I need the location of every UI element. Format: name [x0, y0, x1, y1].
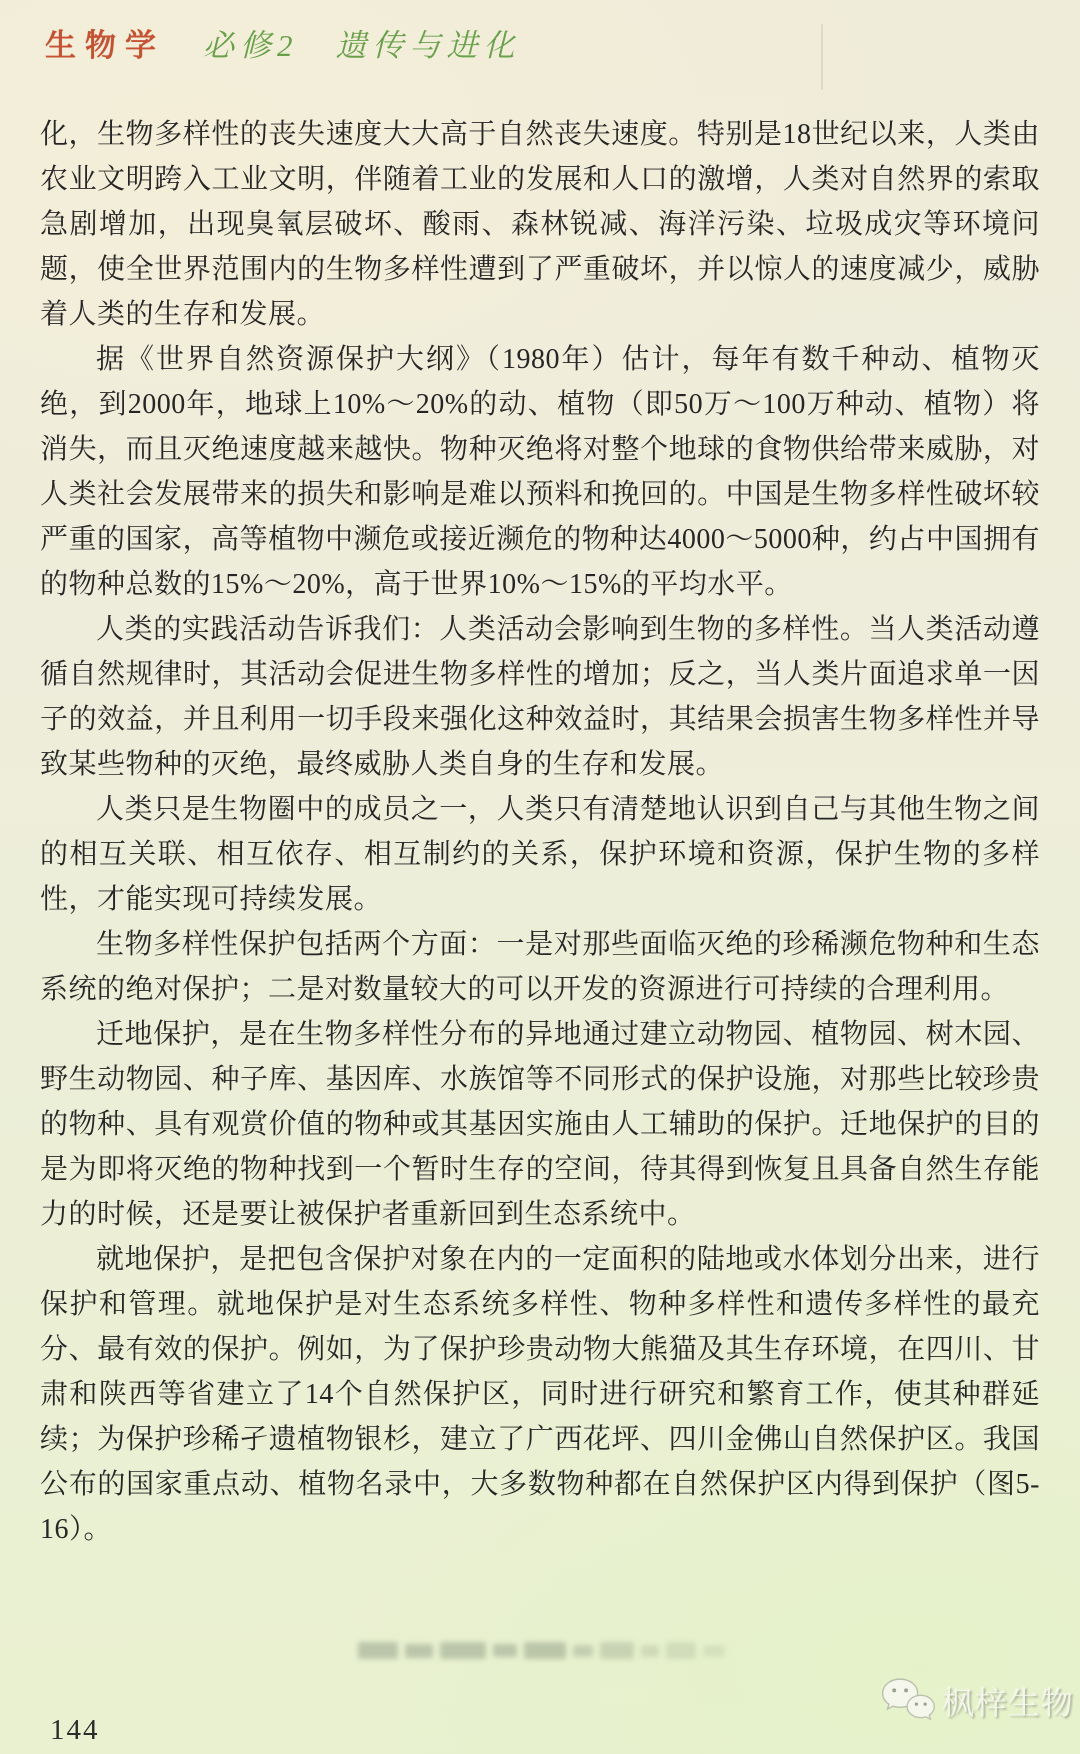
watermark-label: 枫梓生物 [942, 1678, 1074, 1724]
paragraph: 迁地保护，是在生物多样性分布的异地通过建立动物园、植物园、树木园、野生动物园、种… [40, 1012, 1040, 1237]
paragraph: 生物多样性保护包括两个方面：一是对那些面临灭绝的珍稀濒危物种和生态系统的绝对保护… [40, 922, 1040, 1012]
page-number: 144 [50, 1714, 100, 1747]
paragraph: 人类只是生物圈中的成员之一，人类只有清楚地认识到自己与其他生物之间的相互关联、相… [40, 787, 1040, 922]
show-through-text-artifact [358, 1642, 725, 1659]
watermark: 枫梓生物 [880, 1676, 1074, 1726]
paragraph: 就地保护，是把包含保护对象在内的一定面积的陆地或水体划分出来，进行保护和管理。就… [40, 1237, 1040, 1552]
header-subject: 生物学 [45, 28, 165, 63]
page-header: 生物学必修2 遗传与进化 [45, 20, 521, 65]
paragraph: 据《世界自然资源保护大纲》（1980年）估计，每年有数千种动、植物灭绝，到200… [40, 337, 1040, 607]
body-text: 化，生物多样性的丧失速度大大高于自然丧失速度。特别是18世纪以来，人类由农业文明… [40, 112, 1040, 1552]
header-module: 必修2 遗传与进化 [203, 28, 521, 63]
paragraph: 化，生物多样性的丧失速度大大高于自然丧失速度。特别是18世纪以来，人类由农业文明… [40, 112, 1040, 337]
textbook-page: 生物学必修2 遗传与进化 化，生物多样性的丧失速度大大高于自然丧失速度。特别是1… [0, 0, 1080, 1754]
scan-artifact-line [821, 24, 823, 90]
paragraph: 人类的实践活动告诉我们：人类活动会影响到生物的多样性。当人类活动遵循自然规律时，… [40, 607, 1040, 787]
wechat-icon [880, 1676, 936, 1726]
